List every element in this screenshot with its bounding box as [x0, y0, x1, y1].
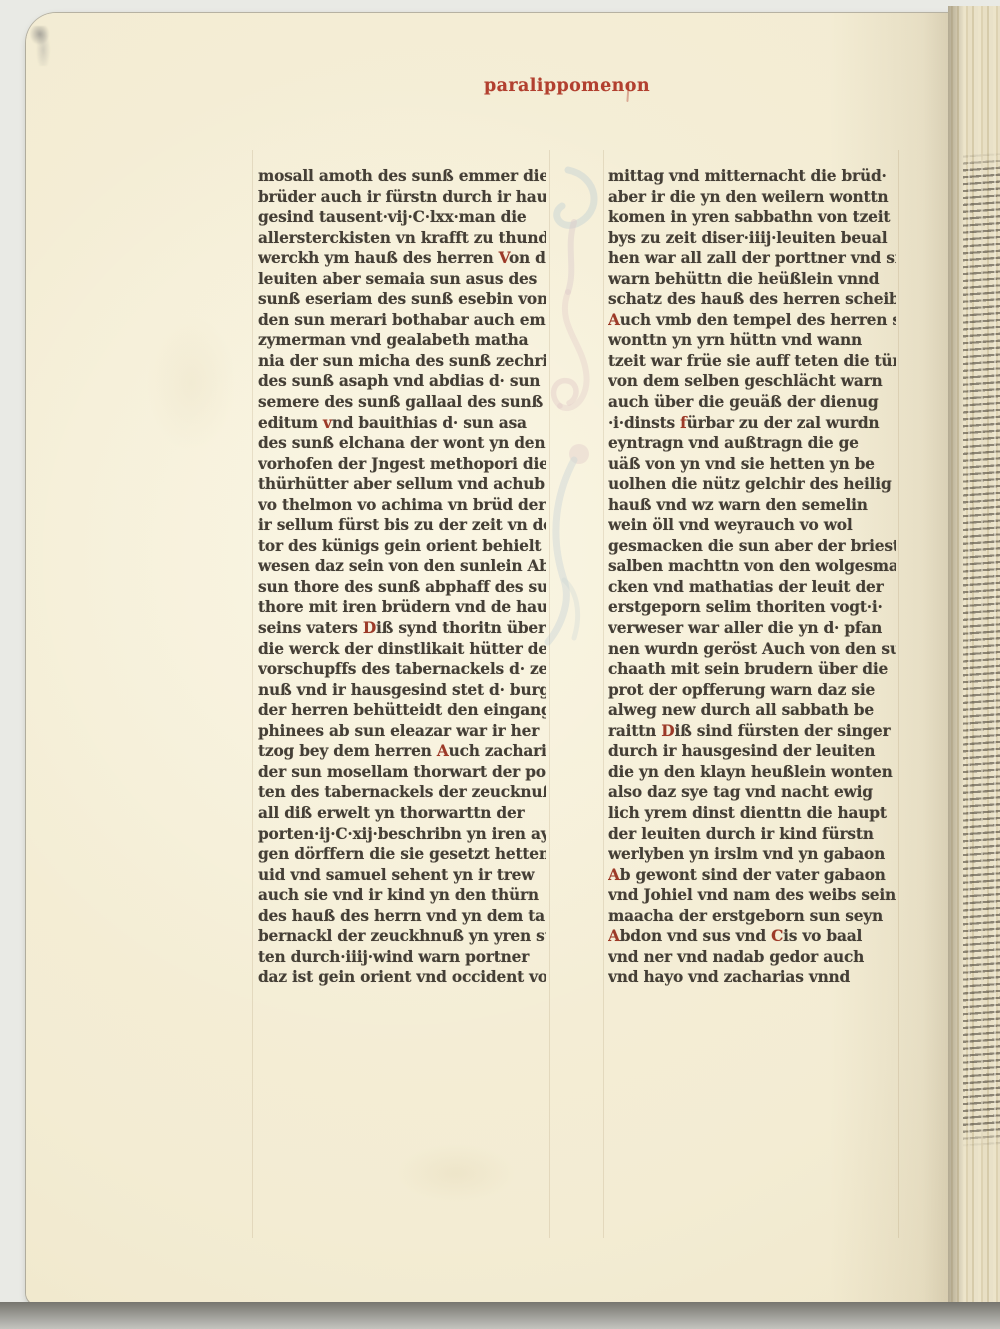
text-line: daz ist gein orient vnd occident vo: [258, 967, 546, 988]
text-line: lich yrem dinst dienttn die haupt: [608, 803, 896, 824]
text-line: warn behüttn die heüßlein vnnd: [608, 269, 896, 290]
text-line: uäß von yn vnd sie hetten yn be: [608, 454, 896, 475]
text-line: gesmacken die sun aber der briester: [608, 536, 896, 557]
text-line: allersterckisten vn krafft zu thund daz: [258, 228, 546, 249]
text-line: des hauß des herrn vnd yn dem ta: [258, 906, 546, 927]
text-line: vnd Johiel vnd nam des weibs sein: [608, 885, 896, 906]
parchment-stain: [396, 1143, 516, 1203]
text-line: all diß erwelt yn thorwarttn der: [258, 803, 546, 824]
text-line: die werck der dinstlikait hütter des: [258, 639, 546, 660]
text-line: tzog bey dem herren Auch zacharias: [258, 741, 546, 762]
next-page-text-edge: [963, 152, 1000, 1147]
scan-backdrop-edge: [0, 1302, 1000, 1329]
text-line: Auch vmb den tempel des herren sye: [608, 310, 896, 331]
text-line: der leuiten durch ir kind fürstn: [608, 824, 896, 845]
parchment-stain: [146, 313, 236, 453]
text-line: ten durch·iiij·wind warn portner: [258, 947, 546, 968]
text-line: alweg new durch all sabbath be: [608, 700, 896, 721]
text-line: bernackl der zeuckhnuß yn yren ste: [258, 926, 546, 947]
ruling-line: [252, 150, 253, 1238]
page-edge-shadow: [948, 6, 964, 1318]
text-line: uolhen die nütz gelchir des heilig: [608, 474, 896, 495]
text-line: komen in yren sabbathn von tzeit: [608, 207, 896, 228]
text-line: leuiten aber semaia sun asus des: [258, 269, 546, 290]
text-line: gesind tausent·vij·C·lxx·man die: [258, 207, 546, 228]
text-line: Ab gewont sind der vater gabaon: [608, 865, 896, 886]
text-column-right: mittag vnd mitternacht die brüd·aber ir …: [608, 166, 896, 988]
text-line: also daz sye tag vnd nacht ewig: [608, 782, 896, 803]
text-line: durch ir hausgesind der leuiten: [608, 741, 896, 762]
text-line: ·i·dinsts fürbar zu der zal wurdn: [608, 413, 896, 434]
text-line: nen wurdn geröst Auch von den sun: [608, 639, 896, 660]
text-line: cken vnd mathatias der leuit der: [608, 577, 896, 598]
text-line: sunß eseriam des sunß esebin von: [258, 289, 546, 310]
text-line: Abdon vnd sus vnd Cis vo baal: [608, 926, 896, 947]
text-line: ten des tabernackels der zeucknuß: [258, 782, 546, 803]
text-line: uid vnd samuel sehent yn ir trew: [258, 865, 546, 886]
text-line: auch sie vnd ir kind yn den thürn: [258, 885, 546, 906]
manuscript-scan: { "page": { "header": { "running_title":…: [0, 0, 1000, 1329]
text-column-left: mosall amoth des sunß emmer diebrüder au…: [258, 166, 546, 988]
text-line: thürhütter aber sellum vnd achub: [258, 474, 546, 495]
text-line: wein öll vnd weyrauch vo wol: [608, 515, 896, 536]
text-line: des sunß asaph vnd abdias d· sun: [258, 371, 546, 392]
text-line: nia der sun micha des sunß zechri: [258, 351, 546, 372]
text-line: prot der opfferung warn daz sie: [608, 680, 896, 701]
text-line: gen dörffern die sie gesetzt hetten da: [258, 844, 546, 865]
text-line: zymerman vnd gealabeth matha: [258, 330, 546, 351]
text-line: mosall amoth des sunß emmer die: [258, 166, 546, 187]
text-line: tzeit war früe sie auff teten die tür: [608, 351, 896, 372]
text-line: des sunß elchana der wont yn den: [258, 433, 546, 454]
text-line: vnd ner vnd nadab gedor auch: [608, 947, 896, 968]
text-line: aber ir die yn den weilern wonttn: [608, 187, 896, 208]
text-line: wesen daz sein von den sunlein Ab: [258, 556, 546, 577]
text-line: werckh ym hauß des herren Von de: [258, 248, 546, 269]
text-line: hauß vnd wz warn den semelin: [608, 495, 896, 516]
text-line: chaath mit sein brudern über die: [608, 659, 896, 680]
text-line: vorschupffs des tabernackels d· zeuck: [258, 659, 546, 680]
text-line: porten·ij·C·xij·beschribn yn iren ay: [258, 824, 546, 845]
text-line: schatz des hauß des herren scheibub: [608, 289, 896, 310]
text-line: eyntragn vnd außtragn die ge: [608, 433, 896, 454]
text-line: den sun merari bothabar auch em: [258, 310, 546, 331]
text-line: sun thore des sunß abphaff des suns: [258, 577, 546, 598]
text-line: hen war all zall der porttner vnd sie: [608, 248, 896, 269]
text-line: salben machttn von den wolgesma: [608, 556, 896, 577]
text-line: raittn Diß sind fürsten der singer: [608, 721, 896, 742]
text-line: vnd hayo vnd zacharias vnnd: [608, 967, 896, 988]
text-line: maacha der erstgeborn sun seyn: [608, 906, 896, 927]
text-line: vorhofen der Jngest methopori die: [258, 454, 546, 475]
text-line: nuß vnd ir hausgesind stet d· burg: [258, 680, 546, 701]
text-line: werlyben yn irslm vnd yn gabaon: [608, 844, 896, 865]
text-line: der sun mosellam thorwart der por: [258, 762, 546, 783]
text-line: brüder auch ir fürstn durch ir haus: [258, 187, 546, 208]
text-line: editum vnd bauithias d· sun asa: [258, 413, 546, 434]
text-line: tor des künigs gein orient behielt er: [258, 536, 546, 557]
text-line: semere des sunß gallaal des sunß: [258, 392, 546, 413]
text-line: thore mit iren brüdern vnd de hauß: [258, 597, 546, 618]
text-line: auch über die geuäß der dienug: [608, 392, 896, 413]
text-line: verweser war aller die yn d· pfan: [608, 618, 896, 639]
text-line: wonttn yn yrn hüttn vnd wann: [608, 330, 896, 351]
text-line: erstgeporn selim thoriten vogt·i·: [608, 597, 896, 618]
corner-smudge: [30, 26, 54, 66]
text-line: vo thelmon vo achima vn brüd der: [258, 495, 546, 516]
ruling-line: [898, 150, 899, 1238]
text-line: mittag vnd mitternacht die brüd·: [608, 166, 896, 187]
text-line: der herren behütteidt den eingangk: [258, 700, 546, 721]
text-line: bys zu zeit diser·iiij·leuiten beual: [608, 228, 896, 249]
text-line: phinees ab sun eleazar war ir her: [258, 721, 546, 742]
text-line: die yn den klayn heußlein wonten: [608, 762, 896, 783]
text-line: von dem selben geschlächt warn: [608, 371, 896, 392]
text-line: ir sellum fürst bis zu der zeit vn de: [258, 515, 546, 536]
text-line: seins vaters Diß synd thoritn über: [258, 618, 546, 639]
